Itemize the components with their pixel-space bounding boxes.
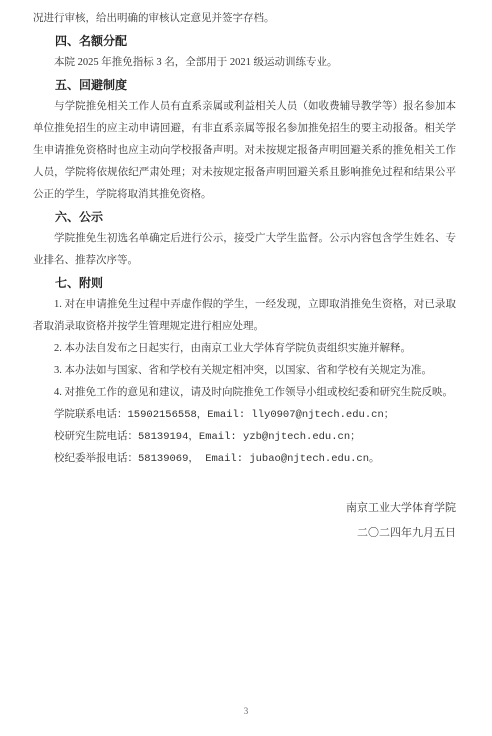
section-recusal-paragraph: 与学院推免相关工作人员有直系亲属或利益相关人员（如收费辅导教学等）报名参加本单位… — [33, 96, 456, 206]
section-publicity-paragraph: 学院推免生初选名单确定后进行公示，接受广大学生监督。公示内容包含学生姓名、专业排… — [33, 228, 456, 272]
continuation-paragraph: 况进行审核，给出明确的审核认定意见并签字存档。 — [33, 8, 456, 30]
signature-organization: 南京工业大学体育学院 — [33, 496, 456, 521]
signature-block: 南京工业大学体育学院 二〇二四年九月五日 — [33, 496, 456, 546]
contact-label: 校纪委举报电话： — [54, 453, 138, 464]
section-recusal-heading: 五、回避制度 — [33, 74, 456, 96]
contact-label: 校研究生院电话： — [54, 431, 138, 442]
contact-value: 15902156558，Email: lly0907@njtech.edu.cn… — [128, 409, 395, 421]
contact-label: 学院联系电话： — [54, 409, 128, 420]
supplementary-item-1: 1. 对在申请推免生过程中弄虚作假的学生，一经发现，立即取消推免生资格，对已录取… — [33, 294, 456, 338]
supplementary-item-4: 4. 对推免工作的意见和建议，请及时向院推免工作领导小组或校纪委和研究生院反映。 — [33, 382, 456, 404]
supplementary-item-3: 3. 本办法如与国家、省和学校有关规定相冲突，以国家、省和学校有关规定为准。 — [33, 360, 456, 382]
contact-line-graduate-school: 校研究生院电话：58139194，Email: yzb@njtech.edu.c… — [33, 426, 456, 448]
section-supplementary-heading: 七、附则 — [33, 272, 456, 294]
supplementary-item-2: 2. 本办法自发布之日起实行，由南京工业大学体育学院负责组织实施并解释。 — [33, 338, 456, 360]
section-publicity-heading: 六、公示 — [33, 206, 456, 228]
contact-line-discipline-committee: 校纪委举报电话：58139069， Email: jubao@njtech.ed… — [33, 448, 456, 470]
signature-date: 二〇二四年九月五日 — [33, 521, 456, 546]
contact-value: 58139194，Email: yzb@njtech.edu.cn； — [138, 431, 361, 443]
page-number: 3 — [0, 706, 492, 716]
contact-line-college: 学院联系电话：15902156558，Email: lly0907@njtech… — [33, 404, 456, 426]
document-page: 况进行审核，给出明确的审核认定意见并签字存档。 四、名额分配 本院 2025 年… — [0, 0, 492, 736]
section-quota-heading: 四、名额分配 — [33, 30, 456, 52]
contact-value: 58139069， Email: jubao@njtech.edu.cn。 — [138, 453, 380, 465]
section-quota-paragraph: 本院 2025 年推免指标 3 名，全部用于 2021 级运动训练专业。 — [33, 52, 456, 74]
